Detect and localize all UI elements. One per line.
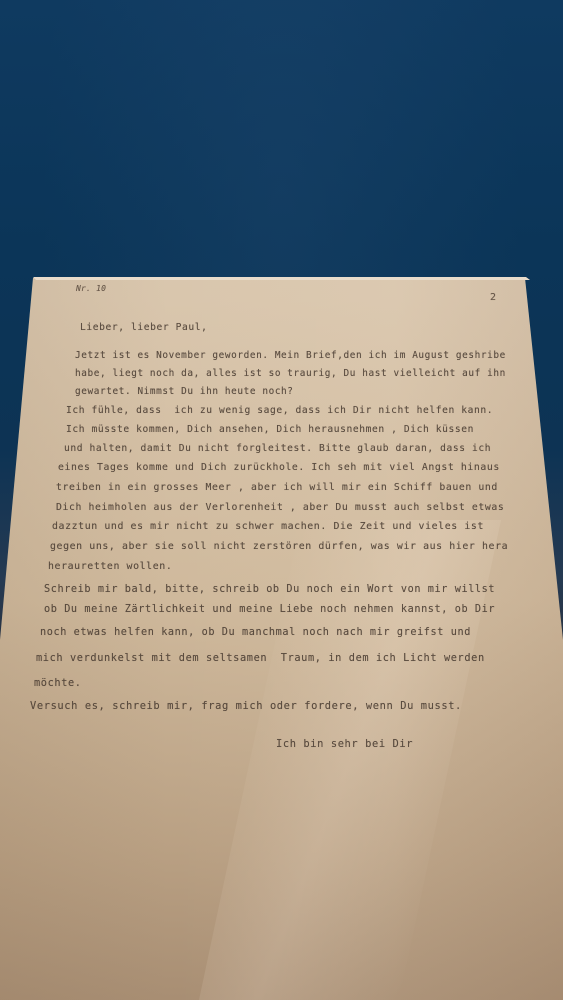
letter-reference: Nr. 10: [76, 284, 106, 293]
letter-line: Ich müsste kommen, Dich ansehen, Dich he…: [66, 424, 474, 435]
letter-line: gewartet. Nimmst Du ihn heute noch?: [75, 386, 294, 397]
letter-line: Versuch es, schreib mir, frag mich oder …: [30, 700, 462, 712]
salutation: Lieber, lieber Paul,: [80, 322, 208, 333]
letter-line: Ich fühle, dass ich zu wenig sage, dass …: [66, 405, 493, 416]
letter-line: und halten, damit Du nicht forgleitest. …: [64, 443, 491, 454]
page-number: 2: [490, 292, 497, 303]
letter-line: gegen uns, aber sie soll nicht zerstören…: [50, 541, 508, 552]
closing-line: Ich bin sehr bei Dir: [276, 738, 413, 750]
letter-line: treiben in ein grosses Meer , aber ich w…: [56, 482, 498, 493]
letter-line: dazztun und es mir nicht zu schwer mache…: [52, 521, 484, 532]
letter-line: herauretten wollen.: [48, 561, 172, 572]
letter-line: noch etwas helfen kann, ob Du manchmal n…: [40, 627, 471, 638]
letter-line: Jetzt ist es November geworden. Mein Bri…: [75, 350, 506, 361]
letter-line: Dich heimholen aus der Verlorenheit , ab…: [56, 502, 504, 513]
letter-line: habe, liegt noch da, alles ist so trauri…: [75, 368, 506, 379]
letter-line: Schreib mir bald, bitte, schreib ob Du n…: [44, 584, 495, 595]
letter-line: eines Tages komme und Dich zurückhole. I…: [58, 462, 500, 473]
letter-line: ob Du meine Zärtlichkeit und meine Liebe…: [44, 604, 495, 615]
letter-paper: [0, 0, 563, 1000]
letter-line: möchte.: [34, 677, 82, 689]
letter-line: mich verdunkelst mit dem seltsamen Traum…: [36, 652, 485, 664]
